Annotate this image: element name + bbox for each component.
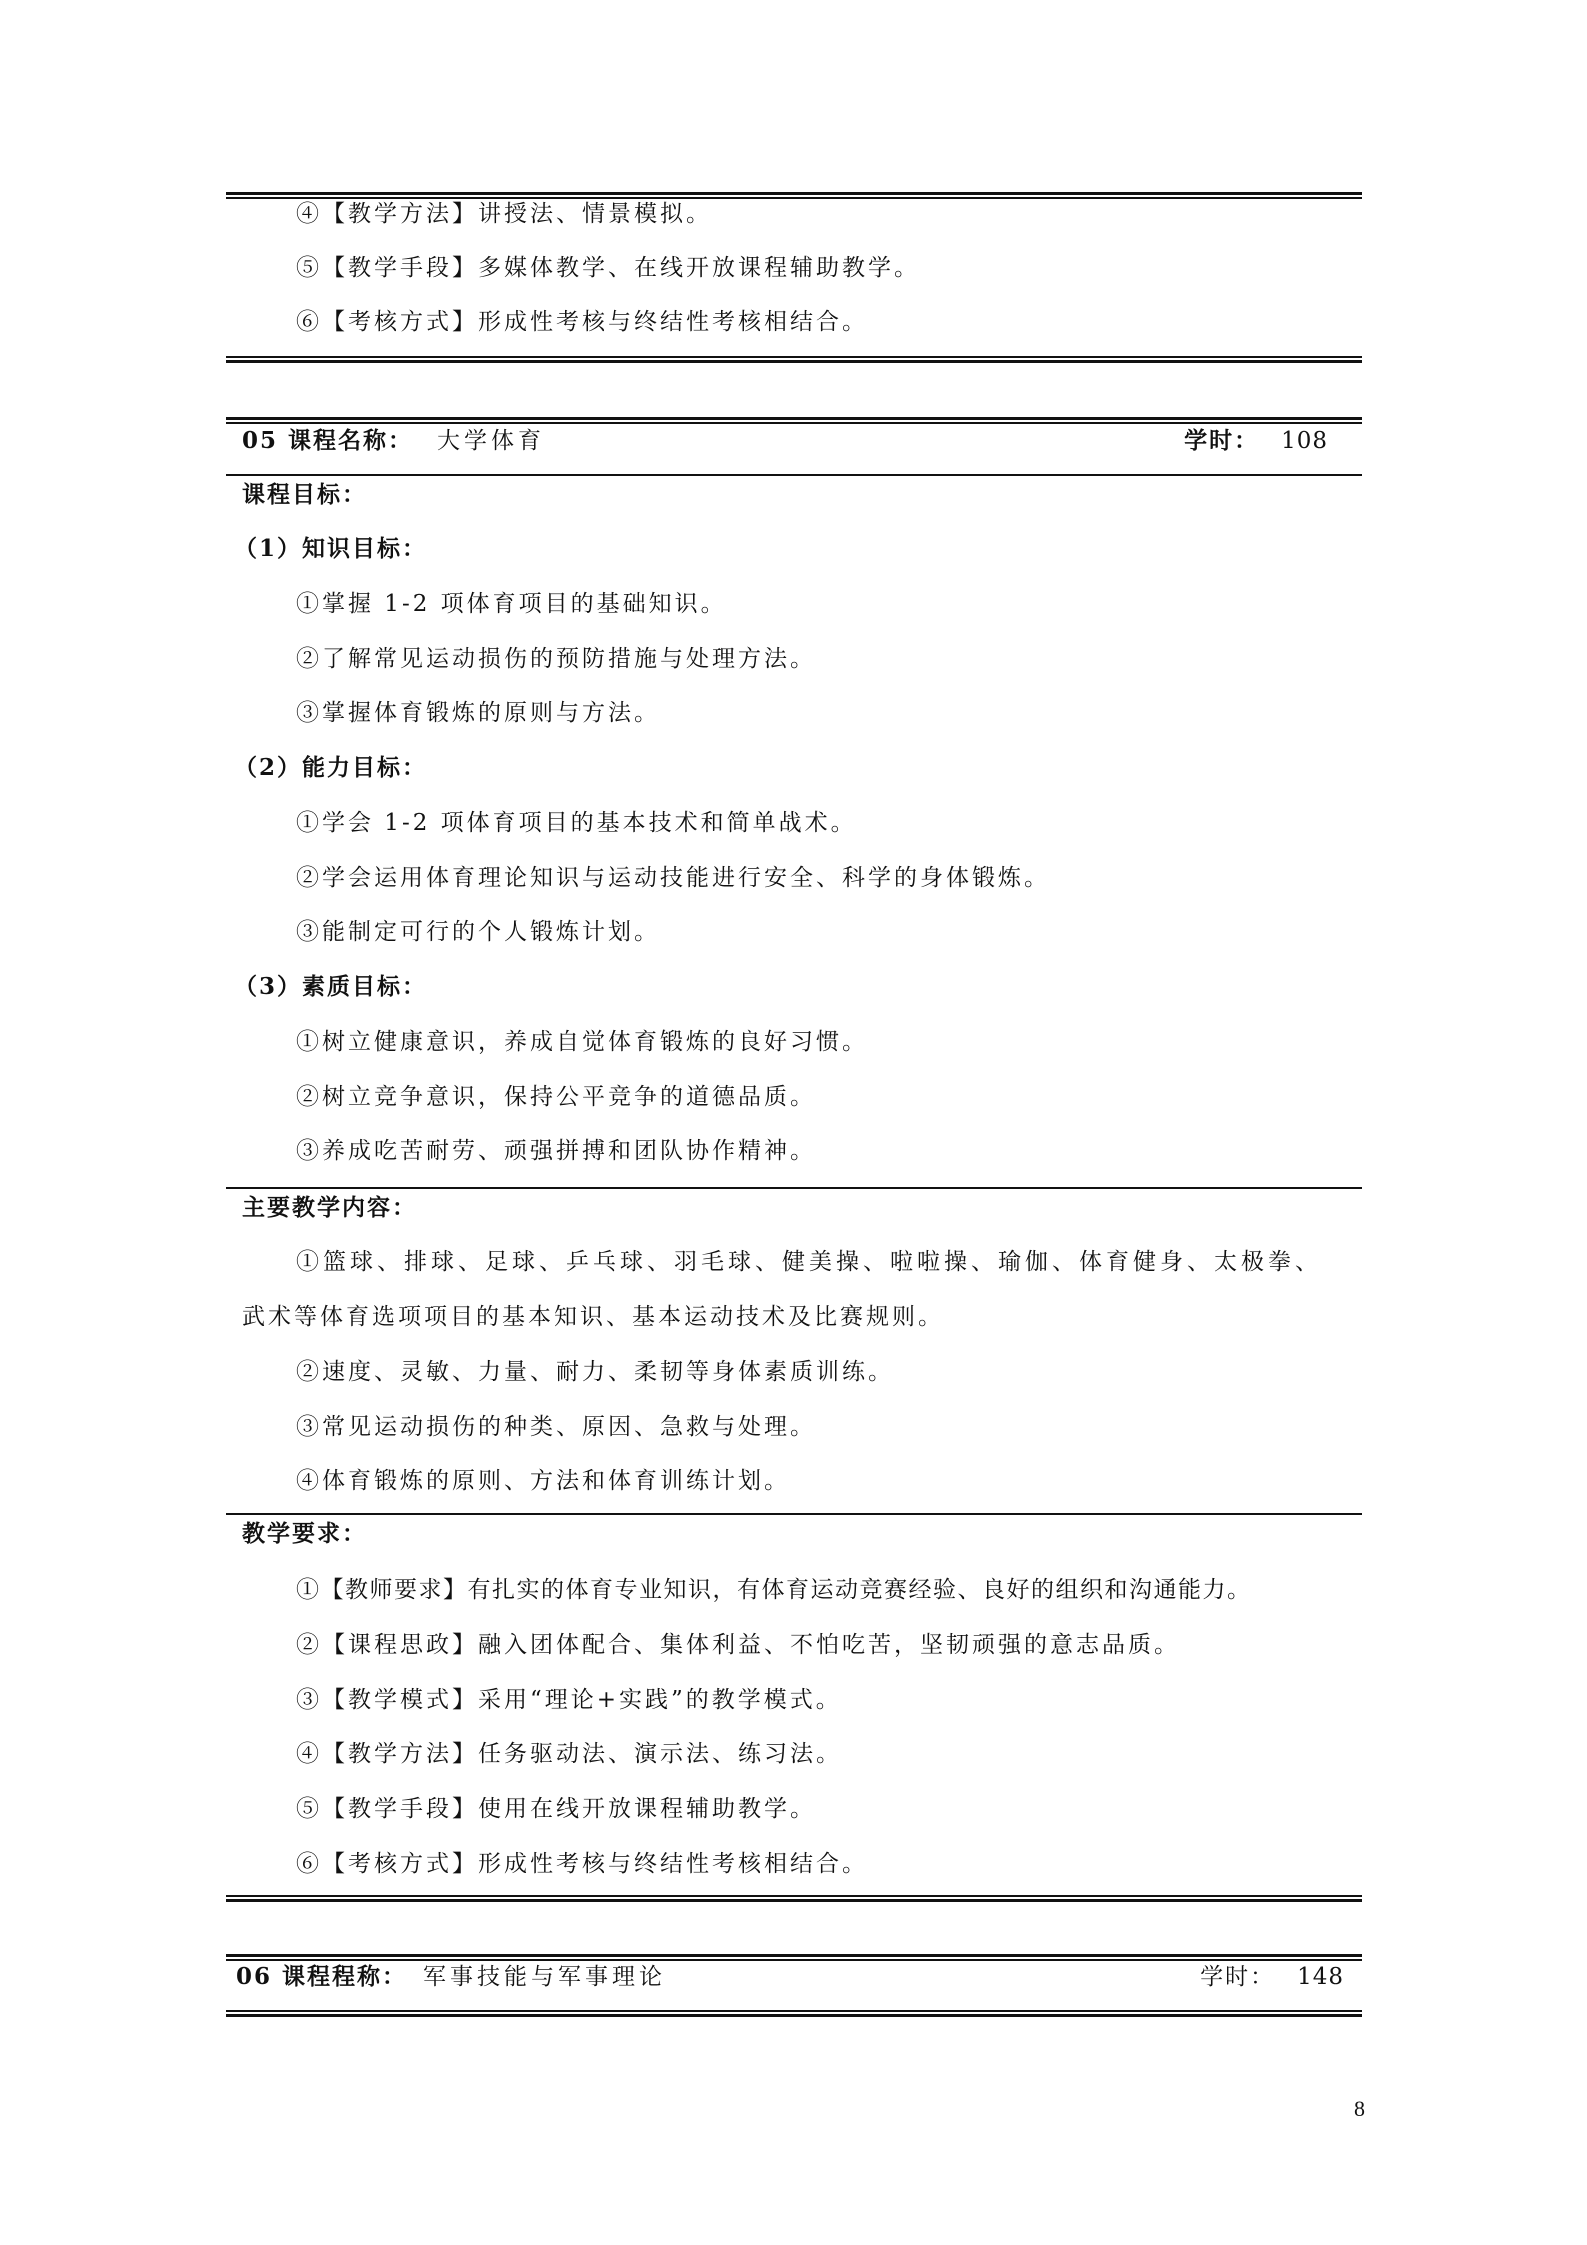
course-06-hours: 学时：148 bbox=[1200, 1961, 1344, 1993]
course-06-block: 06 课程程称：军事技能与军事理论 学时：148 bbox=[226, 0, 1362, 2100]
document-page: ④【教学方法】讲授法、情景模拟。 ⑤【教学手段】多媒体教学、在线开放课程辅助教学… bbox=[0, 0, 1587, 2245]
course-06-label: 06 课程程称： bbox=[236, 1963, 407, 1990]
course-06-border-bottom-thick bbox=[226, 2014, 1362, 2017]
course-06-border-top-thick bbox=[226, 1954, 1362, 1957]
course-06-border-bottom-thin bbox=[226, 2010, 1362, 2012]
course-06-hours-value: 148 bbox=[1297, 1964, 1344, 1990]
page-number: 8 bbox=[1354, 2096, 1365, 2122]
course-06-hours-label: 学时： bbox=[1200, 1964, 1275, 1990]
course-06-header: 06 课程程称：军事技能与军事理论 学时：148 bbox=[236, 1961, 1362, 1993]
course-06-name: 军事技能与军事理论 bbox=[423, 1964, 666, 1990]
